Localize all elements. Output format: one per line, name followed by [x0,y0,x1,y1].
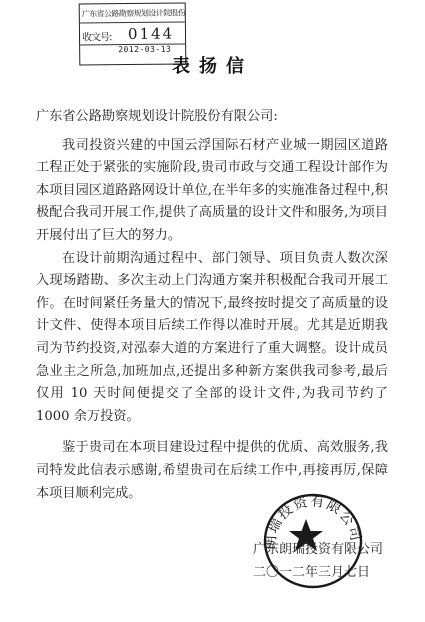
receipt-stamp: 广东省公路勘察规划设计院股份有限公司 收文号: 0144 2012-03-13 [79,2,187,65]
signature-date: 二〇一二年三月七日 [253,561,383,584]
letter-title: 表扬信 [172,52,253,78]
paragraph-2: 在设计前期沟通过程中、部门领导、项目负责人数次深入现场踏勘、多次主动上门沟通方案… [36,248,388,429]
doc-number-label: 收文号: [82,28,112,43]
signature-block: 广东朗瑞投资有限公司 二〇一二年三月七日 [253,538,383,584]
salutation: 广东省公路勘察规划设计院股份有限公司: [36,106,388,129]
signature-company: 广东朗瑞投资有限公司 [253,538,383,561]
paragraph-1: 我司投资兴建的中国云浮国际石材产业城一期园区道路工程正处于紧张的实施阶段,贵司市… [36,135,388,248]
receipt-date: 2012-03-13 [118,45,171,55]
letter-body: 广东省公路勘察规划设计院股份有限公司: 我司投资兴建的中国云浮国际石材产业城一期… [36,106,388,505]
receipt-stamp-date-row: 2012-03-13 [80,44,185,64]
receipt-stamp-organization: 广东省公路勘察规划设计院股份有限公司 [80,3,185,23]
doc-number: 0144 [128,25,174,43]
receipt-stamp-number-row: 收文号: 0144 [80,22,185,45]
